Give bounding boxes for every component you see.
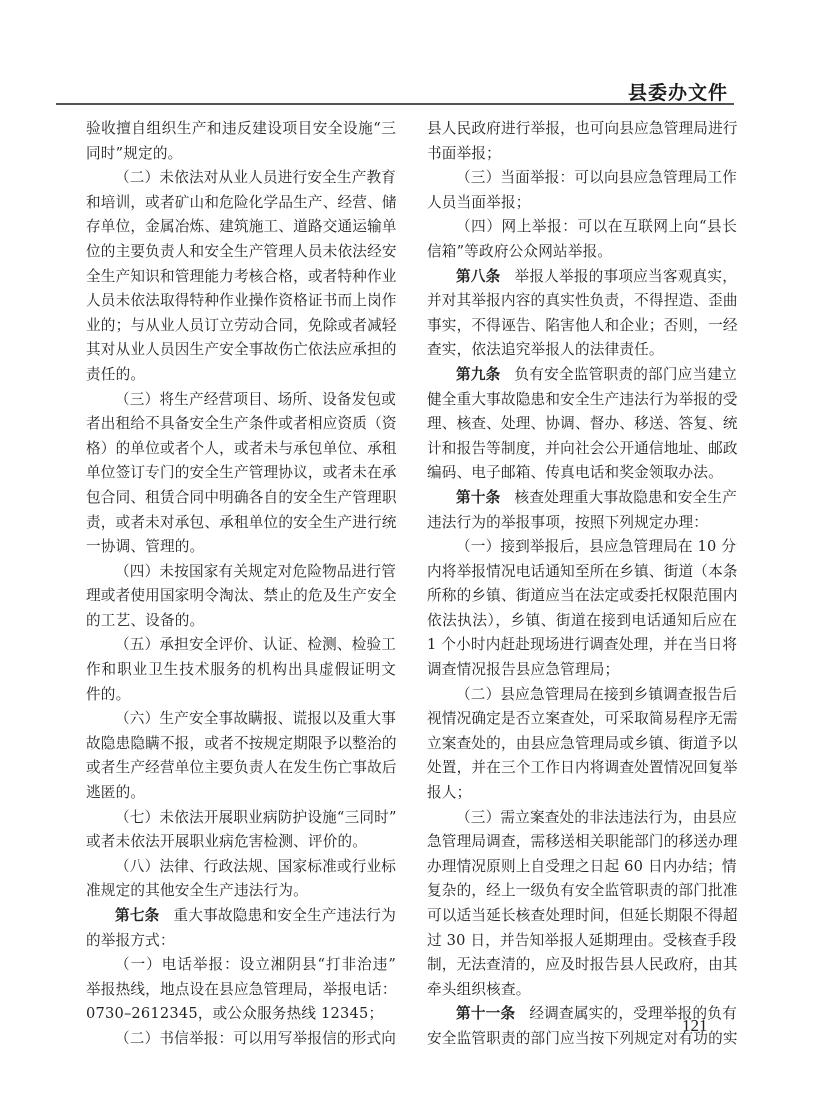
text-line: 内将举报情况电话通知至所在乡镇、街道（本条 [427, 560, 737, 585]
text-line: 依法执法），乡镇、街道在接到电话通知后应在 [427, 609, 737, 634]
article-heading: 第十一条 [456, 1005, 515, 1022]
line-text: 过 30 日，并告知举报人延期理由。受核查手段限 [427, 932, 737, 949]
text-line: 计和报告等制度，并向社会公开通信地址、邮政 [427, 437, 737, 462]
text-line: 和培训，或者矿山和危险化学品生产、经营、储 [86, 191, 396, 216]
text-line: 调查情况报告县应急管理局； [427, 658, 737, 683]
text-line: 责，或者未对承包、承租单位的安全生产进行统 [86, 511, 396, 536]
line-text: 信箱”等政府公众网站举报。 [427, 243, 612, 260]
text-line: 作和职业卫生技术服务的机构出具虚假证明文 [86, 658, 396, 683]
line-text: 0730–2612345，或公众服务热线 12345； [86, 1005, 383, 1022]
text-line: （一）电话举报：设立湘阴县“打非治违” [86, 953, 396, 978]
text-line: 件的。 [86, 683, 396, 708]
article-line: 第十条核查处理重大事故隐患和安全生产 [427, 486, 737, 511]
line-text: 视情况确定是否立案查处，可采取简易程序无需 [427, 710, 737, 727]
text-line: （六）生产安全事故瞒报、谎报以及重大事 [86, 707, 396, 732]
text-line: 立案查处的，由县应急管理局或乡镇、街道予以 [427, 732, 737, 757]
line-text: 包合同、租赁合同中明确各自的安全生产管理职 [86, 489, 396, 506]
line-text: （二）书信举报：可以用写举报信的形式向 [115, 1030, 396, 1047]
text-line: 单位签订专门的安全生产管理协议，或者未在承 [86, 461, 396, 486]
line-text: 人员未依法取得特种作业操作资格证书而上岗作 [86, 292, 396, 309]
line-text: 牵头组织核查。 [427, 981, 531, 998]
text-line: 复杂的，经上一级负有安全监管职责的部门批准， [427, 879, 737, 904]
article-heading: 第八条 [456, 268, 501, 285]
article-heading: 第九条 [456, 366, 501, 383]
line-text: 举报人举报的事项应当客观真实， [515, 268, 737, 285]
line-text: 或者未依法开展职业病危害检测、评价的。 [86, 833, 367, 850]
line-text: 或者生产经营单位主要负责人在发生伤亡事故后 [86, 759, 396, 776]
left-column: 验收擅自组织生产和违反建设项目安全设施“三同时”规定的。（二）未依法对从业人员进… [86, 117, 396, 1052]
text-line: 的举报方式： [86, 929, 396, 954]
text-line: 一协调、管理的。 [86, 535, 396, 560]
line-text: （四）未按国家有关规定对危险物品进行管 [115, 563, 396, 580]
line-text: 违法行为的举报事项，按照下列规定办理： [427, 514, 708, 531]
text-line: （二）书信举报：可以用写举报信的形式向 [86, 1027, 396, 1052]
line-text: 制，无法查清的，应及时报告县人民政府，由其 [427, 956, 737, 973]
text-line: 存单位，金属冶炼、建筑施工、道路交通运输单 [86, 215, 396, 240]
text-line: 或者未依法开展职业病危害检测、评价的。 [86, 830, 396, 855]
line-text: 其对从业人员因生产安全事故伤亡依法应承担的 [86, 341, 396, 358]
text-line: 人员当面举报； [427, 191, 737, 216]
text-line: 违法行为的举报事项，按照下列规定办理： [427, 511, 737, 536]
line-text: 的举报方式： [86, 932, 175, 949]
text-line: 急管理局调查，需移送相关职能部门的移送办理， [427, 830, 737, 855]
text-line: 所称的乡镇、街道应当在法定或委托权限范围内 [427, 584, 737, 609]
line-text: （二）县应急管理局在接到乡镇调查报告后， [456, 686, 737, 703]
line-text: 者出租给不具备安全生产条件或者相应资质（资 [86, 415, 396, 432]
article-heading: 第七条 [115, 907, 160, 924]
header-divider [56, 103, 734, 105]
line-text: 负有安全监管职责的部门应当建立 [515, 366, 737, 383]
text-line: 包合同、租赁合同中明确各自的安全生产管理职 [86, 486, 396, 511]
text-line: 全生产知识和管理能力考核合格，或者特种作业 [86, 265, 396, 290]
line-text: 存单位，金属冶炼、建筑施工、道路交通运输单 [86, 218, 396, 235]
line-text: 准规定的其他安全生产违法行为。 [86, 882, 308, 899]
text-line: 制，无法查清的，应及时报告县人民政府，由其 [427, 953, 737, 978]
line-text: （三）将生产经营项目、场所、设备发包或 [115, 391, 396, 408]
text-line: 事实，不得诬告、陷害他人和企业；否则，一经 [427, 314, 737, 339]
text-line: 书面举报； [427, 142, 737, 167]
line-text: 位的主要负责人和安全生产管理人员未依法经安 [86, 243, 396, 260]
line-text: 可以适当延长核查处理时间，但延长期限不得超 [427, 907, 737, 924]
article-line: 第七条重大事故隐患和安全生产违法行为 [86, 904, 396, 929]
text-line: 编码、电子邮箱、传真电话和奖金领取办法。 [427, 461, 737, 486]
line-text: （六）生产安全事故瞒报、谎报以及重大事 [115, 710, 396, 727]
line-text: 故隐患隐瞒不报，或者不按规定期限予以整治的， [86, 735, 396, 752]
line-text: 立案查处的，由县应急管理局或乡镇、街道予以 [427, 735, 737, 752]
text-line: 业的；与从业人员订立劳动合同，免除或者减轻 [86, 314, 396, 339]
line-text: 业的；与从业人员订立劳动合同，免除或者减轻 [86, 317, 396, 334]
line-text: （五）承担安全评价、认证、检测、检验工 [115, 636, 396, 653]
text-line: 者出租给不具备安全生产条件或者相应资质（资 [86, 412, 396, 437]
line-text: 验收擅自组织生产和违反建设项目安全设施“三 [86, 120, 396, 137]
text-line: 验收擅自组织生产和违反建设项目安全设施“三 [86, 117, 396, 142]
line-text: 举报热线，地点设在县应急管理局，举报电话： [86, 981, 396, 998]
line-text: 件的。 [86, 686, 130, 703]
line-text: （一）电话举报：设立湘阴县“打非治违” [115, 956, 396, 973]
article-heading: 第十条 [456, 489, 501, 506]
article-line: 第九条负有安全监管职责的部门应当建立 [427, 363, 737, 388]
line-text: 报人； [427, 784, 471, 801]
line-text: 格）的单位或者个人，或者未与承包单位、承租 [86, 440, 396, 457]
line-text: 作和职业卫生技术服务的机构出具虚假证明文 [86, 661, 396, 678]
text-line: 举报热线，地点设在县应急管理局，举报电话： [86, 978, 396, 1003]
line-text: 所称的乡镇、街道应当在法定或委托权限范围内 [427, 587, 737, 604]
text-line: 牵头组织核查。 [427, 978, 737, 1003]
text-line: （四）网上举报：可以在互联网上向“县长 [427, 215, 737, 240]
text-line: （七）未依法开展职业病防护设施“三同时”， [86, 806, 396, 831]
line-text: （一）接到举报后，县应急管理局在 10 分钟 [456, 538, 737, 555]
line-text: 同时”规定的。 [86, 145, 182, 162]
line-text: （二）未依法对从业人员进行安全生产教育 [115, 169, 396, 186]
text-line: 可以适当延长核查处理时间，但延长期限不得超 [427, 904, 737, 929]
line-text: （四）网上举报：可以在互联网上向“县长 [456, 218, 737, 235]
line-text: 查实，依法追究举报人的法律责任。 [427, 341, 664, 358]
line-text: 单位签订专门的安全生产管理协议，或者未在承 [86, 464, 396, 481]
line-text: 1 个小时内赶赴现场进行调查处理，并在当日将 [427, 636, 737, 653]
text-line: 办理情况原则上自受理之日起 60 日内办结；情况 [427, 855, 737, 880]
line-text: 调查情况报告县应急管理局； [427, 661, 619, 678]
text-line: 理、核查、处理、协调、督办、移送、答复、统 [427, 412, 737, 437]
line-text: 的工艺、设备的。 [86, 612, 204, 629]
line-text: 依法执法），乡镇、街道在接到电话通知后应在 [427, 612, 737, 629]
text-line: 信箱”等政府公众网站举报。 [427, 240, 737, 265]
text-line: （二）未依法对从业人员进行安全生产教育 [86, 166, 396, 191]
text-line: 处置，并在三个工作日内将调查处置情况回复举 [427, 756, 737, 781]
line-text: 计和报告等制度，并向社会公开通信地址、邮政 [427, 440, 737, 457]
text-line: 准规定的其他安全生产违法行为。 [86, 879, 396, 904]
text-line: 同时”规定的。 [86, 142, 396, 167]
text-line: （四）未按国家有关规定对危险物品进行管 [86, 560, 396, 585]
line-text: （七）未依法开展职业病防护设施“三同时”， [115, 809, 396, 826]
text-line: 0730–2612345，或公众服务热线 12345； [86, 1002, 396, 1027]
line-text: 编码、电子邮箱、传真电话和奖金领取办法。 [427, 464, 723, 481]
line-text: 全生产知识和管理能力考核合格，或者特种作业 [86, 268, 396, 285]
text-line: （二）县应急管理局在接到乡镇调查报告后， [427, 683, 737, 708]
text-line: 健全重大事故隐患和安全生产违法行为举报的受 [427, 388, 737, 413]
text-line: （三）当面举报：可以向县应急管理局工作 [427, 166, 737, 191]
line-text: 一协调、管理的。 [86, 538, 204, 555]
line-text: 理或者使用国家明令淘汰、禁止的危及生产安全 [86, 587, 396, 604]
line-text: 逃匿的。 [86, 784, 145, 801]
line-text: （八）法律、行政法规、国家标准或行业标 [115, 858, 396, 875]
line-text: （三）当面举报：可以向县应急管理局工作 [456, 169, 737, 186]
line-text: （三）需立案查处的非法违法行为，由县应 [456, 809, 737, 826]
line-text: 复杂的，经上一级负有安全监管职责的部门批准， [427, 882, 737, 899]
text-line: 报人； [427, 781, 737, 806]
text-line: 1 个小时内赶赴现场进行调查处理，并在当日将 [427, 633, 737, 658]
text-line: 并对其举报内容的真实性负责，不得捏造、歪曲 [427, 289, 737, 314]
line-text: 人员当面举报； [427, 194, 531, 211]
page-number: 121 [682, 1016, 708, 1036]
text-line: 理或者使用国家明令淘汰、禁止的危及生产安全 [86, 584, 396, 609]
text-line: 人员未依法取得特种作业操作资格证书而上岗作 [86, 289, 396, 314]
text-line: 或者生产经营单位主要负责人在发生伤亡事故后 [86, 756, 396, 781]
right-column: 县人民政府进行举报，也可向县应急管理局进行书面举报；（三）当面举报：可以向县应急… [427, 117, 737, 1052]
line-text: 健全重大事故隐患和安全生产违法行为举报的受 [427, 391, 737, 408]
article-line: 第八条举报人举报的事项应当客观真实， [427, 265, 737, 290]
line-text: 重大事故隐患和安全生产违法行为 [174, 907, 396, 924]
line-text: 理、核查、处理、协调、督办、移送、答复、统 [427, 415, 737, 432]
line-text: 内将举报情况电话通知至所在乡镇、街道（本条 [427, 563, 737, 580]
text-line: 责任的。 [86, 363, 396, 388]
line-text: 书面举报； [427, 145, 501, 162]
text-line: 逃匿的。 [86, 781, 396, 806]
text-line: 查实，依法追究举报人的法律责任。 [427, 338, 737, 363]
text-line: 位的主要负责人和安全生产管理人员未依法经安 [86, 240, 396, 265]
text-line: 其对从业人员因生产安全事故伤亡依法应承担的 [86, 338, 396, 363]
text-line: 过 30 日，并告知举报人延期理由。受核查手段限 [427, 929, 737, 954]
text-line: （三）将生产经营项目、场所、设备发包或 [86, 388, 396, 413]
line-text: 和培训，或者矿山和危险化学品生产、经营、储 [86, 194, 396, 211]
header-title: 县委办文件 [628, 78, 728, 105]
text-line: （三）需立案查处的非法违法行为，由县应 [427, 806, 737, 831]
line-text: 责任的。 [86, 366, 145, 383]
line-text: 事实，不得诬告、陷害他人和企业；否则，一经 [427, 317, 737, 334]
line-text: 办理情况原则上自受理之日起 60 日内办结；情况 [427, 858, 737, 875]
text-line: （一）接到举报后，县应急管理局在 10 分钟 [427, 535, 737, 560]
text-line: 视情况确定是否立案查处，可采取简易程序无需 [427, 707, 737, 732]
text-line: （五）承担安全评价、认证、检测、检验工 [86, 633, 396, 658]
line-text: 责，或者未对承包、承租单位的安全生产进行统 [86, 514, 396, 531]
line-text: 急管理局调查，需移送相关职能部门的移送办理， [427, 833, 737, 850]
line-text: 核查处理重大事故隐患和安全生产 [515, 489, 737, 506]
text-line: 的工艺、设备的。 [86, 609, 396, 634]
line-text: 处置，并在三个工作日内将调查处置情况回复举 [427, 759, 737, 776]
line-text: 并对其举报内容的真实性负责，不得捏造、歪曲 [427, 292, 737, 309]
text-line: （八）法律、行政法规、国家标准或行业标 [86, 855, 396, 880]
line-text: 县人民政府进行举报，也可向县应急管理局进行 [427, 120, 737, 137]
text-line: 县人民政府进行举报，也可向县应急管理局进行 [427, 117, 737, 142]
text-line: 格）的单位或者个人，或者未与承包单位、承租 [86, 437, 396, 462]
text-line: 故隐患隐瞒不报，或者不按规定期限予以整治的， [86, 732, 396, 757]
